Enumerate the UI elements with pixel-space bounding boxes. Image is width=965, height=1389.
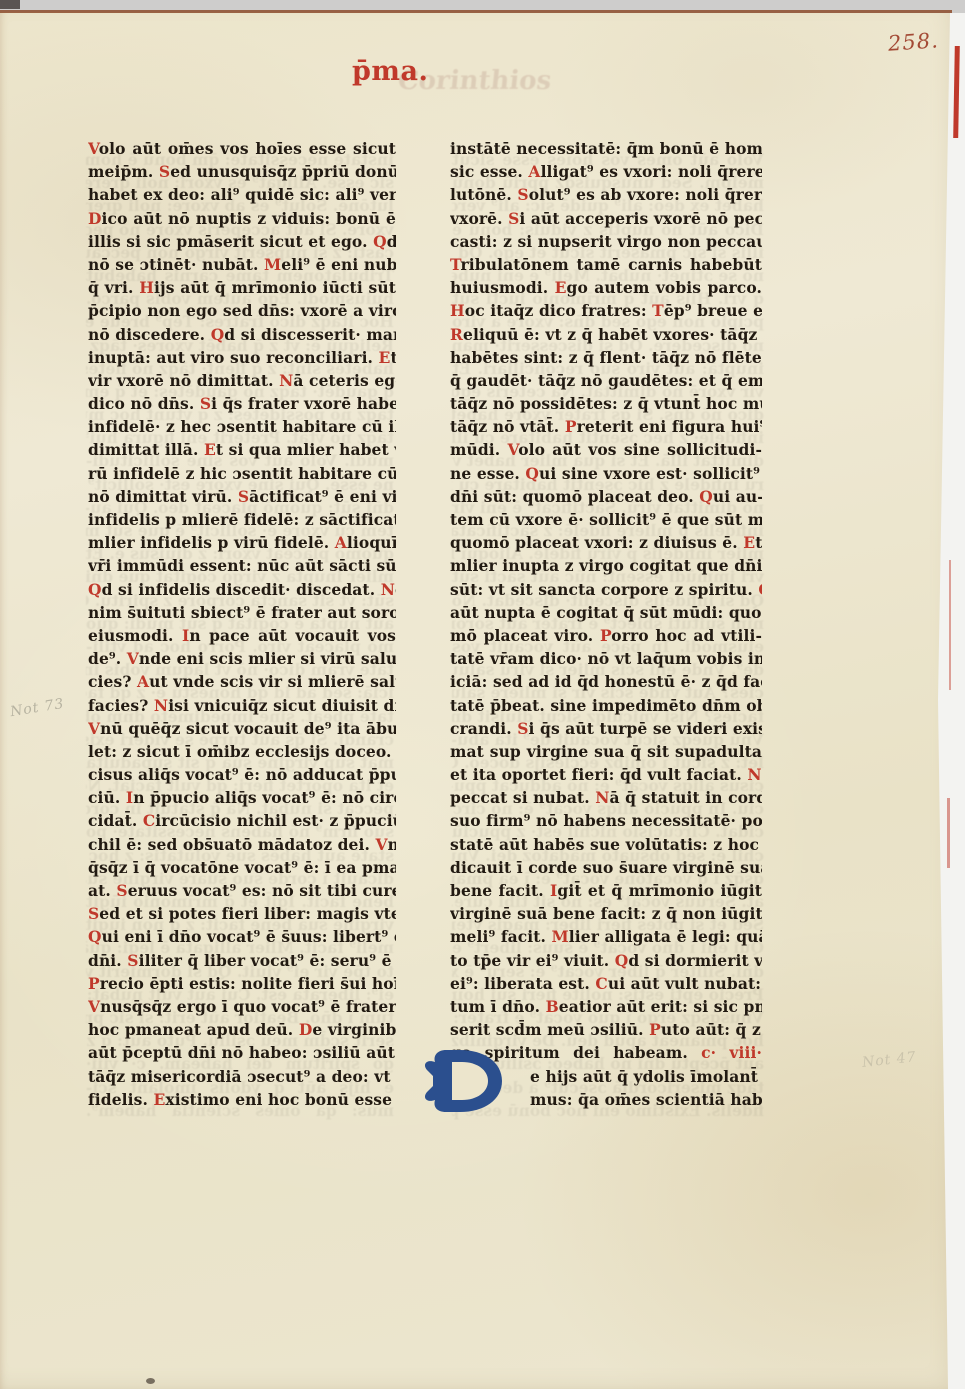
text-line: statē aūt habēs sue volūtatis: z hoc iu- xyxy=(450,833,762,856)
text-line: nō discedere. Qd si discesserit· manere xyxy=(88,323,396,346)
text-line: peccat si nubat. Nā q̄ statuit in corde xyxy=(450,786,762,809)
text-line: q̄sq̄z ī q̄ vocatōne vocat⁹ ē: ī ea pman… xyxy=(88,856,396,879)
rubricated-text: P xyxy=(600,626,611,645)
text-line: et ita oportet fieri: q̄d vult faciat. N… xyxy=(450,763,762,786)
text-line: virginē suā bene facit: z q̄ non iūgit· xyxy=(450,902,762,925)
rubricated-text: A xyxy=(528,162,540,181)
text-line: Tribulatōnem tamē carnis habebūt xyxy=(450,253,762,276)
red-fore-edge-mark xyxy=(947,798,950,868)
rubricated-text: R xyxy=(450,325,463,344)
text-line: mlier inupta z virgo cogitat que dn̄i xyxy=(450,554,762,577)
text-line: Vnū quēq̄z sicut vocauit de⁹ ita ābu- xyxy=(88,717,396,740)
text-line: Qd si infidelis discedit· discedat. Nō e… xyxy=(88,578,396,601)
rubricated-text: Q xyxy=(699,487,713,506)
rubricated-text: S xyxy=(200,394,211,413)
text-line: cies? Aut vnde scis vir si mlierē saluā xyxy=(88,670,396,693)
rubricated-text: M xyxy=(264,255,281,274)
text-line: dn̄i. Siliter q̄ liber vocat⁹ ē: seru⁹ ē… xyxy=(88,949,396,972)
lombard-d-icon xyxy=(422,1048,506,1114)
text-line: instātē necessitatē: q̄m bonū ē homini xyxy=(450,137,762,160)
rubricated-text: N xyxy=(279,371,293,390)
text-line: eiusmodi. In pace aūt vocauit vos xyxy=(88,624,396,647)
rubricated-text: T xyxy=(450,255,461,274)
rubricated-text: S xyxy=(508,209,519,228)
page-top-edge xyxy=(0,10,952,13)
text-line: aūt p̄ceptū dn̄i nō habeo: ɔsiliū aūt do xyxy=(88,1041,396,1064)
rubricated-text: V xyxy=(88,719,100,738)
rubricated-text: D xyxy=(299,1020,313,1039)
text-line: nō se ɔtinēt· nubāt. Meli⁹ ē eni nubere xyxy=(88,253,396,276)
rubricated-text: Q xyxy=(525,464,539,483)
text-line: Hoc itaq̄z dico fratres: Tēp⁹ breue est. xyxy=(450,299,762,322)
text-line: bene facit. Igit̄ et q̄ mrīmonio iūgit xyxy=(450,879,762,902)
text-line: mat sup virgine sua q̄ sit supadulta xyxy=(450,740,762,763)
text-line: casti: z si nupserit virgo non peccauit. xyxy=(450,230,762,253)
rubricated-text: I xyxy=(550,881,557,900)
text-line: fidelis. Existimo eni hoc bonū esse p̄pt… xyxy=(88,1088,396,1111)
text-line: rū infidelē z hic ɔsentit habitare cū il… xyxy=(88,462,396,485)
rubricated-text: S xyxy=(159,162,170,181)
text-line: iciā: sed ad id q̄d honestū ē· z q̄d fac… xyxy=(450,670,762,693)
text-line: Precio ēpti estis: nolite fieri s̄ui hoī… xyxy=(88,972,396,995)
text-line: serit scd̄m meū ɔsiliū. Puto aūt: q̄ z e… xyxy=(450,1018,762,1041)
rubricated-text: E xyxy=(743,533,755,552)
text-line: hoc pmaneat apud deū. De virginibz xyxy=(88,1018,396,1041)
rubricated-text: E xyxy=(153,1090,165,1109)
text-line: suo firm⁹ nō habens necessitatē· pote- xyxy=(450,809,762,832)
rubricated-text: S xyxy=(517,719,528,738)
text-line: dicauit ī corde suo s̄uare virginē suā: xyxy=(450,856,762,879)
rubricated-text: Q xyxy=(88,580,102,599)
rubricated-text: Q xyxy=(758,580,762,599)
text-line: mlier infidelis p virū fidelē. Alioquī f… xyxy=(88,531,396,554)
text-line: inuptā: aut viro suo reconciliari. Et xyxy=(88,346,396,369)
text-line: vr̄i immūdi essent: nūc aūt sācti sūt. xyxy=(88,554,396,577)
text-line: meli⁹ facit. Mlier alligata ē legi: quā- xyxy=(450,925,762,948)
rubricated-text: S xyxy=(517,185,528,204)
text-line: sic esse. Alligat⁹ es vxori: noli q̄rere… xyxy=(450,160,762,183)
text-line: tum ī dn̄o. Beatior aūt erit: si sic pmā… xyxy=(450,995,762,1018)
rubricated-text: P xyxy=(649,1020,661,1039)
text-line: crandi. Si q̄s aūt turpē se videri exist… xyxy=(450,717,762,740)
rubricated-text: P xyxy=(565,417,577,436)
rubricated-text: I xyxy=(126,788,133,807)
rubricated-text: S xyxy=(127,951,138,970)
text-line: mō placeat viro. Porro hoc ad vtili- xyxy=(450,624,762,647)
rubricated-text: S xyxy=(238,487,249,506)
manuscript-page-photo: 258. Corinthios p̄ma. Not 73 Not 47 inst… xyxy=(0,0,965,1389)
text-line: illis si sic pmāserit sicut et ego. Qd s… xyxy=(88,230,396,253)
rubricated-text: Q xyxy=(88,927,102,946)
rubricated-text: S xyxy=(88,904,99,923)
text-line: tatē p̄beat. sine impedimēto dn̄m obse- xyxy=(450,694,762,717)
rubricated-text: N xyxy=(595,788,609,807)
text-line: de⁹. Vnde eni scis mlier si virū saluū f… xyxy=(88,647,396,670)
rubricated-text: T xyxy=(652,301,664,320)
ink-speck xyxy=(146,1378,155,1384)
text-line: Vnusq̄sq̄z ergo ī quo vocat⁹ ē frater: ī xyxy=(88,995,396,1018)
rubricated-text: A xyxy=(137,672,149,691)
text-line: huiusmodi. Ego autem vobis parco. xyxy=(450,276,762,299)
rubricated-text: H xyxy=(450,301,465,320)
text-line: Sed et si potes fieri liber: magis vtere… xyxy=(88,902,396,925)
text-line: tāq̄z nō possidētes: z q̄ vtunt̄ hoc mūd… xyxy=(450,392,762,415)
text-line: facies? Nisi vnicuiq̄z sicut diuisit dn̄… xyxy=(88,694,396,717)
rubricated-text: E xyxy=(379,348,391,367)
rubricated-text: H xyxy=(139,278,154,297)
text-line: tem cū vxore ē· sollicit⁹ ē que sūt mūdi… xyxy=(450,508,762,531)
text-line: dn̄i sūt: quomō placeat deo. Qui au- xyxy=(450,485,762,508)
text-line: sūt: vt sit sancta corpore z spiritu. Qu… xyxy=(450,578,762,601)
text-line: aūt nupta ē cogitat q̄ sūt mūdi: quo- xyxy=(450,601,762,624)
rubricated-text: C xyxy=(143,811,155,830)
text-line: Volo aūt om̄es vos hoīes esse sicut xyxy=(88,137,396,160)
text-line: Qui eni ī dn̄o vocat⁹ ē s̄uus: libert⁹ ē xyxy=(88,925,396,948)
rubricated-text: A xyxy=(335,533,347,552)
rubricated-text: E xyxy=(555,278,567,297)
text-line: dico nō dn̄s. Si q̄s frater vxorē habet xyxy=(88,392,396,415)
text-line: cisus aliq̄s vocat⁹ ē: nō adducat p̄pu- xyxy=(88,763,396,786)
text-line: vir vxorē nō dimittat. Nā ceteris ego xyxy=(88,369,396,392)
text-line: infidelē· z hec ɔsentit habitare cū illo… xyxy=(88,415,396,438)
text-line: p̄cipio non ego sed dn̄s: vxorē a viro xyxy=(88,299,396,322)
text-column-right: instātē necessitatē: q̄m bonū ē hominisi… xyxy=(450,137,762,1111)
rubricated-text: Q xyxy=(211,325,225,344)
text-line: to tp̄e vir ei⁹ viuit. Qd si dormierit v… xyxy=(450,949,762,972)
rubricated-text: V xyxy=(127,649,139,668)
text-line: q̄ gaudēt· tāq̄z nō gaudētes: et q̄ emūt… xyxy=(450,369,762,392)
rubricated-text: V xyxy=(88,139,99,158)
text-line: tāq̄z misericordiā ɔsecut⁹ a deo: vt sim xyxy=(88,1065,396,1088)
rubricated-text: S xyxy=(116,881,127,900)
rubricated-text: D xyxy=(88,209,102,228)
text-line: tāq̄z nō vtāt̄. Preterit eni figura hui⁹ xyxy=(450,415,762,438)
text-line: nō dimittat virū. Sāctificat⁹ ē eni vir xyxy=(88,485,396,508)
book-spine-corner xyxy=(0,0,20,9)
text-line: Dico aūt nō nuptis z viduis: bonū ē xyxy=(88,207,396,230)
rubricated-text: N xyxy=(747,765,761,784)
text-line: quomō placeat vxori: z diuisus ē. Et xyxy=(450,531,762,554)
chapter-initial-d xyxy=(422,1048,506,1114)
text-line: ne esse. Qui sine vxore est· sollicit⁹ e… xyxy=(450,462,762,485)
text-line: ei⁹: liberata est. Cui aūt vult nubat: t… xyxy=(450,972,762,995)
rubricated-text: I xyxy=(182,626,189,645)
text-line: Reliquū ē: vt z q̄ habēt vxores· tāq̄z n… xyxy=(450,323,762,346)
folio-number: 258. xyxy=(887,28,939,55)
rubricated-text: N xyxy=(381,580,395,599)
text-line: mūdi. Volo aūt vos sine sollicitudi- xyxy=(450,438,762,461)
rubricated-text: Q xyxy=(373,232,387,251)
rubricated-text: E xyxy=(204,440,216,459)
text-line: dimittat illā. Et si qua mlier habet vi- xyxy=(88,438,396,461)
rubricated-text: B xyxy=(546,997,559,1016)
text-line: ciū. In p̄pucio aliq̄s vocat⁹ ē: nō circ… xyxy=(88,786,396,809)
rubricated-text: N xyxy=(154,696,168,715)
red-fore-edge-mark xyxy=(949,560,951,690)
text-line: q̄ vri. Hijs aūt q̄ mrīmonio iūcti sūt xyxy=(88,276,396,299)
text-line: nim s̄uituti sbiect⁹ ē frater aut soror … xyxy=(88,601,396,624)
rubricated-text: V xyxy=(508,440,519,459)
rubricated-text: c· viii· xyxy=(701,1043,762,1062)
text-line: let: z sicut ī om̄ibz ecclesijs doceo. C… xyxy=(88,740,396,763)
text-line: at. Seruus vocat⁹ es: nō sit tibi cure. xyxy=(88,879,396,902)
text-line: vxorē. Si aūt acceperis vxorē nō pec- xyxy=(450,207,762,230)
text-line: chil ē: sed obs̄uatō mādatoz dei. Vnus- xyxy=(88,833,396,856)
text-line: cidat̄. Circūcisio nichil est· z p̄puciū… xyxy=(88,809,396,832)
text-line: meip̄m. Sed unusquisq̄z p̄priū donū xyxy=(88,160,396,183)
text-line: tatē vr̄am dico· nō vt laq̄um vobis in- xyxy=(450,647,762,670)
text-line: lutōnē. Solut⁹ es ab vxore: noli q̄rere xyxy=(450,183,762,206)
running-title: p̄ma. xyxy=(352,56,428,87)
rubricated-text: P xyxy=(88,974,100,993)
rubricated-text: V xyxy=(376,835,388,854)
text-line: infidelis p mlierē fidelē: z sāctificata… xyxy=(88,508,396,531)
text-line: habētes sint: z q̄ flent· tāq̄z nō flēte… xyxy=(450,346,762,369)
rubricated-text: M xyxy=(552,927,569,946)
rubricated-text: V xyxy=(88,997,100,1016)
rubricated-text: Q xyxy=(615,951,629,970)
text-column-left: Volo aūt om̄es vos hoīes esse sicutmeip̄… xyxy=(88,137,396,1111)
text-line: habet ex deo: ali⁹ quidē sic: ali⁹ vero … xyxy=(88,183,396,206)
rubricated-text: C xyxy=(595,974,607,993)
